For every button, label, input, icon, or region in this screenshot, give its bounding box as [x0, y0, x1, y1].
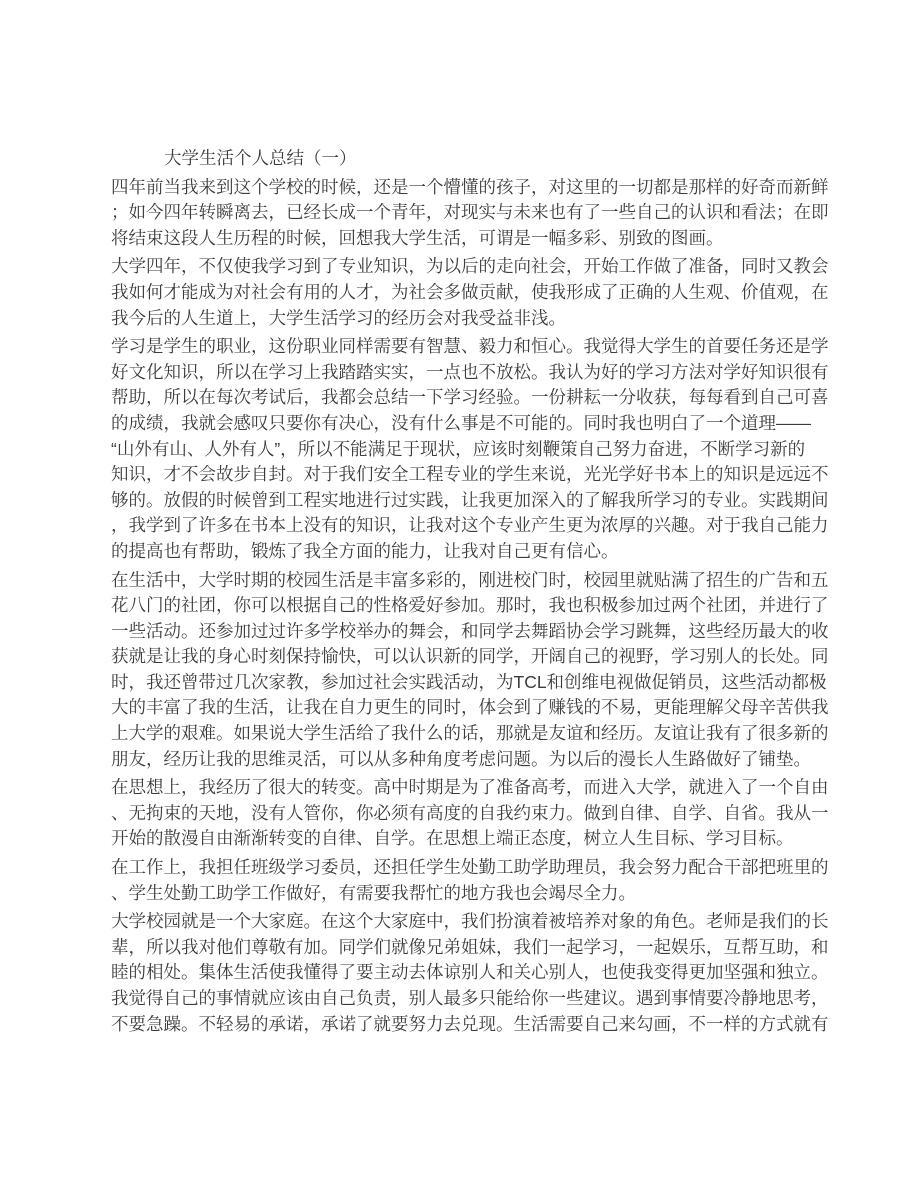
text-line: 帮助，所以在每次考试后，我都会总结一下学习经验。一份耕耘一分收获，每每看到自己可…: [111, 385, 820, 411]
text-line: 在生活中，大学时期的校园生活是丰富多彩的，刚进校门时，校园里就贴满了招生的广告和…: [111, 568, 820, 594]
text-line: 时，我还曾带过几次家教，参加过社会实践活动，为TCL和创维电视做促销员，这些活动…: [111, 670, 820, 696]
paragraph: 大学校园就是一个大家庭。在这个大家庭中，我们扮演着被培养对象的角色。老师是我们的…: [111, 909, 820, 1037]
text-line: 大学四年，不仅使我学习到了专业知识，为以后的走向社会，开始工作做了准备，同时又教…: [111, 254, 820, 280]
text-line: 大学校园就是一个大家庭。在这个大家庭中，我们扮演着被培养对象的角色。老师是我们的…: [111, 909, 820, 935]
text-line: ；如今四年转瞬离去，已经长成一个青年，对现实与未来也有了一些自己的认识和看法；在…: [111, 200, 820, 226]
text-line: 的成绩，我就会感叹只要你有决心，没有什么事是不可能的。同时我也明白了一个道理——: [111, 411, 820, 437]
text-line: 上大学的艰难。如果说大学生活给了我什么的话，那就是友谊和经历。友谊让我有了很多新…: [111, 721, 820, 747]
paragraph: 在思想上，我经历了很大的转变。高中时期是为了准备高考，而进入大学，就进入了一个自…: [111, 775, 820, 852]
text-line: “山外有山、人外有人”，所以不能满足于现状，应该时刻鞭策自己努力奋进，不断学习新…: [111, 437, 820, 463]
text-line: 在工作上，我担任班级学习委员，还担任学生处勤工助学助理员，我会努力配合干部把班里…: [111, 855, 820, 881]
paragraph: 在生活中，大学时期的校园生活是丰富多彩的，刚进校门时，校园里就贴满了招生的广告和…: [111, 568, 820, 773]
document-title: 大学生活个人总结（一）: [111, 146, 820, 172]
text-line: 朋友，经历让我的思维灵活，可以从多种角度考虑问题。为以后的漫长人生路做好了铺垫。: [111, 747, 820, 773]
text-line: 知识，才不会故步自封。对于我们安全工程专业的学生来说，光光学好书本上的知识是远远…: [111, 462, 820, 488]
text-line: 我今后的人生道上，大学生活学习的经历会对我受益非浅。: [111, 306, 820, 332]
paragraph: 学习是学生的职业，这份职业同样需要有智慧、毅力和恒心。我觉得大学生的首要任务还是…: [111, 334, 820, 564]
paragraph: 在工作上，我担任班级学习委员，还担任学生处勤工助学助理员，我会努力配合干部把班里…: [111, 855, 820, 906]
text-line: 我觉得自己的事情就应该由自己负责，别人最多只能给你一些建议。遇到事情要冷静地思考…: [111, 986, 820, 1012]
text-line: ，我学到了许多在书本上没有的知识，让我对这个专业产生更为浓厚的兴趣。对于我自己能…: [111, 513, 820, 539]
text-line: 在思想上，我经历了很大的转变。高中时期是为了准备高考，而进入大学，就进入了一个自…: [111, 775, 820, 801]
text-line: 、学生处勤工助学工作做好，有需要我帮忙的地方我也会竭尽全力。: [111, 881, 820, 907]
text-line: 睦的相处。集体生活使我懂得了要主动去体谅别人和关心别人，也使我变得更加坚强和独立…: [111, 960, 820, 986]
text-line: 够的。放假的时候曾到工程实地进行过实践，让我更加深入的了解我所学习的专业。实践期…: [111, 488, 820, 514]
text-line: 、无拘束的天地，没有人管你，你必须有高度的自我约束力。做到自律、自学、自省。我从…: [111, 801, 820, 827]
text-line: 不要急躁。不轻易的承诺，承诺了就要努力去兑现。生活需要自己来勾画，不一样的方式就…: [111, 1012, 820, 1038]
text-line: 一些活动。还参加过过许多学校举办的舞会，和同学去舞蹈协会学习跳舞，这些经历最大的…: [111, 619, 820, 645]
paragraph: 四年前当我来到这个学校的时候，还是一个懵懂的孩子，对这里的一切都是那样的好奇而新…: [111, 175, 820, 252]
text-line: 获就是让我的身心时刻保持愉快，可以认识新的同学，开阔自己的视野，学习别人的长处。…: [111, 644, 820, 670]
text-line: 四年前当我来到这个学校的时候，还是一个懵懂的孩子，对这里的一切都是那样的好奇而新…: [111, 175, 820, 201]
text-line: 将结束这段人生历程的时候，回想我大学生活，可谓是一幅多彩、别致的图画。: [111, 226, 820, 252]
text-line: 辈，所以我对他们尊敬有加。同学们就像兄弟姐妹，我们一起学习，一起娱乐，互帮互助，…: [111, 935, 820, 961]
text-line: 大的丰富了我的生活，让我在自力更生的同时，体会到了赚钱的不易，更能理解父母辛苦供…: [111, 695, 820, 721]
text-line: 的提高也有帮助，锻炼了我全方面的能力，让我对自己更有信心。: [111, 539, 820, 565]
paragraph: 大学四年，不仅使我学习到了专业知识，为以后的走向社会，开始工作做了准备，同时又教…: [111, 254, 820, 331]
text-line: 我如何才能成为对社会有用的人才，为社会多做贡献，使我形成了正确的人生观、价值观，…: [111, 280, 820, 306]
document-page: 大学生活个人总结（一） 四年前当我来到这个学校的时候，还是一个懵懂的孩子，对这里…: [0, 0, 920, 1191]
text-line: 开始的散漫自由渐渐转变的自律、自学。在思想上端正态度，树立人生目标、学习目标。: [111, 826, 820, 852]
text-line: 好文化知识，所以在学习上我踏踏实实，一点也不放松。我认为好的学习方法对学好知识很…: [111, 360, 820, 386]
text-line: 花八门的社团，你可以根据自己的性格爱好参加。那时，我也积极参加过两个社团，并进行…: [111, 593, 820, 619]
text-line: 学习是学生的职业，这份职业同样需要有智慧、毅力和恒心。我觉得大学生的首要任务还是…: [111, 334, 820, 360]
document-body: 四年前当我来到这个学校的时候，还是一个懵懂的孩子，对这里的一切都是那样的好奇而新…: [111, 175, 820, 1038]
